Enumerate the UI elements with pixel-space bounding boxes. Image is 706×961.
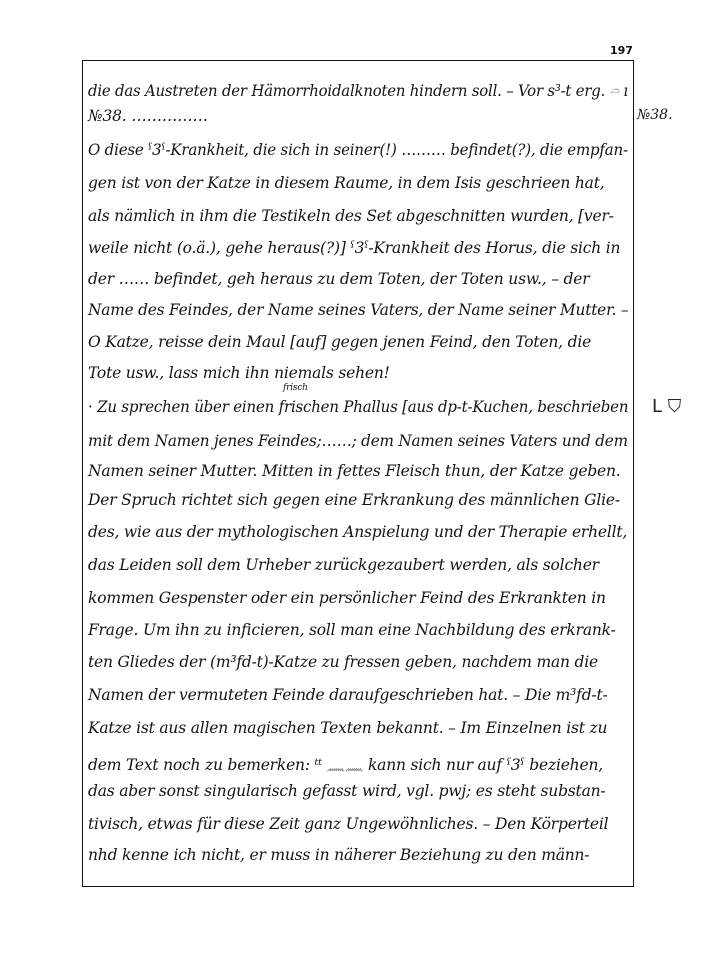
text-line: O diese ˁ3ˁ-Krankheit, die sich in seine… [88, 141, 628, 159]
text-line: das Leiden soll dem Urheber zurückgezaub… [88, 556, 599, 574]
text-line: dem Text noch zu bemerken: ᵗᵗ 𓈖𓈖 kann si… [88, 750, 603, 776]
text-line: O Katze, reisse dein Maul [auf] gegen je… [88, 333, 591, 351]
text-line: Frage. Um ihn zu inficieren, soll man ei… [88, 621, 616, 639]
text-line: die das Austreten der Hämorrhoidalknoten… [88, 76, 628, 102]
text-line: Tote usw., lass mich ihn niemals sehen! [88, 364, 390, 382]
text-line: ten Gliedes der (m³fd-t)-Katze zu fresse… [88, 653, 598, 671]
text-line: des, wie aus der mythologischen Anspielu… [88, 523, 627, 541]
text-line: nhd kenne ich nicht, er muss in näherer … [88, 846, 589, 864]
interlinear-note: frisch [283, 383, 308, 393]
text-line: Name des Feindes, der Name seines Vaters… [88, 301, 628, 319]
text-line: kommen Gespenster oder ein persönlicher … [88, 589, 606, 607]
text-line: als nämlich in ihm die Testikeln des Set… [88, 207, 614, 225]
entry-number-line: №38. …………… [88, 107, 208, 125]
text-line: mit dem Namen jenes Feindes;……; dem Name… [88, 432, 628, 450]
page-number: 197 [610, 44, 633, 57]
text-line: der …… befindet, geh heraus zu dem Toten… [88, 270, 589, 288]
text-line: das aber sonst singularisch gefasst wird… [88, 782, 605, 800]
text-line: · Zu sprechen über einen frischen Phallu… [88, 398, 628, 416]
text-line: Der Spruch richtet sich gegen eine Erkra… [88, 491, 620, 509]
margin-annotation: L ⛉ [652, 396, 681, 417]
text-line: Namen der vermuteten Feinde daraufgeschr… [88, 686, 608, 704]
margin-entry-number: №38. [637, 107, 673, 123]
text-line: gen ist von der Katze in diesem Raume, i… [88, 174, 604, 192]
text-line: tivisch, etwas für diese Zeit ganz Ungew… [88, 815, 608, 833]
text-line: weile nicht (o.ä.), gehe heraus(?)] ˁ3ˁ-… [88, 239, 620, 257]
text-line: Namen seiner Mutter. Mitten in fettes Fl… [88, 462, 621, 480]
text-line: Katze ist aus allen magischen Texten bek… [88, 719, 607, 737]
